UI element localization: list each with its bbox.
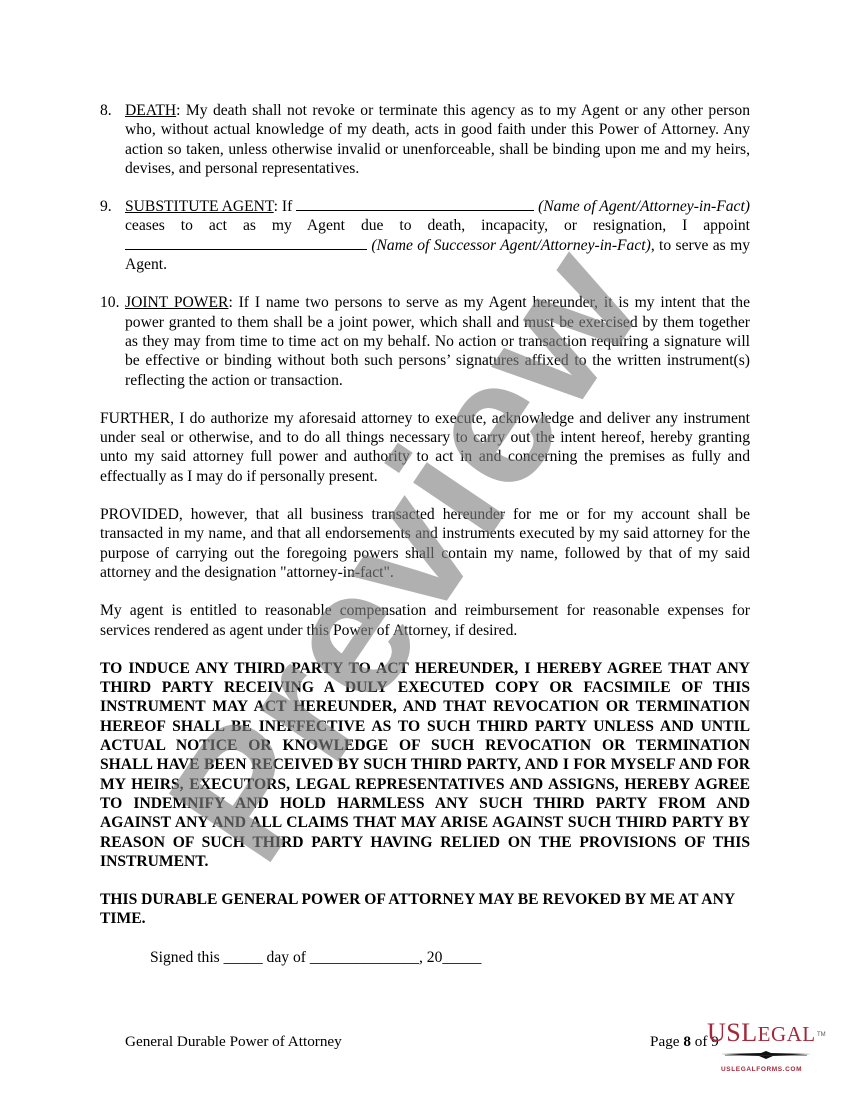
uslegal-logo[interactable]: USLEGAL TM USLEGALFORMS.COM	[707, 1026, 825, 1070]
clause-heading: JOINT POWER	[125, 294, 228, 311]
further-paragraph: FURTHER, I do authorize my aforesaid att…	[100, 409, 750, 486]
clause-text: : My death shall not revoke or terminate…	[125, 102, 750, 177]
clause-number: 10.	[100, 293, 120, 312]
current-page: 8	[683, 1033, 691, 1050]
trademark-symbol: TM	[817, 1026, 826, 1045]
clause-heading: SUBSTITUTE AGENT	[125, 198, 274, 215]
eagle-wings-icon	[721, 1051, 811, 1059]
revocable-paragraph: THIS DURABLE GENERAL POWER OF ATTORNEY M…	[100, 890, 750, 929]
signature-date-line[interactable]: Signed this _____ day of ______________,…	[100, 948, 750, 967]
successor-agent-name-blank[interactable]	[125, 237, 367, 250]
compensation-paragraph: My agent is entitled to reasonable compe…	[100, 601, 750, 640]
third-party-paragraph: TO INDUCE ANY THIRD PARTY TO ACT HEREUND…	[100, 659, 750, 871]
clause-death: 8. DEATH: My death shall not revoke or t…	[100, 101, 750, 178]
agent-name-hint: (Name of Agent/Attorney-in-Fact)	[534, 198, 750, 215]
footer-document-title: General Durable Power of Attorney	[125, 1032, 342, 1051]
clause-number: 8.	[100, 101, 112, 120]
provided-paragraph: PROVIDED, however, that all business tra…	[100, 505, 750, 582]
clause-joint-power: 10. JOINT POWER: If I name two persons t…	[100, 293, 750, 389]
logo-wordmark: USLEGAL	[707, 1023, 816, 1044]
logo-url: USLEGALFORMS.COM	[721, 1060, 802, 1079]
clause-number: 9.	[100, 197, 112, 216]
clause-substitute-agent: 9. SUBSTITUTE AGENT: If (Name of Agent/A…	[100, 197, 750, 274]
document-page: 8. DEATH: My death shall not revoke or t…	[100, 101, 750, 967]
successor-agent-hint: (Name of Successor Agent/Attorney-in-Fac…	[367, 237, 651, 254]
clause-heading: DEATH	[125, 102, 176, 119]
agent-name-blank[interactable]	[296, 198, 534, 211]
